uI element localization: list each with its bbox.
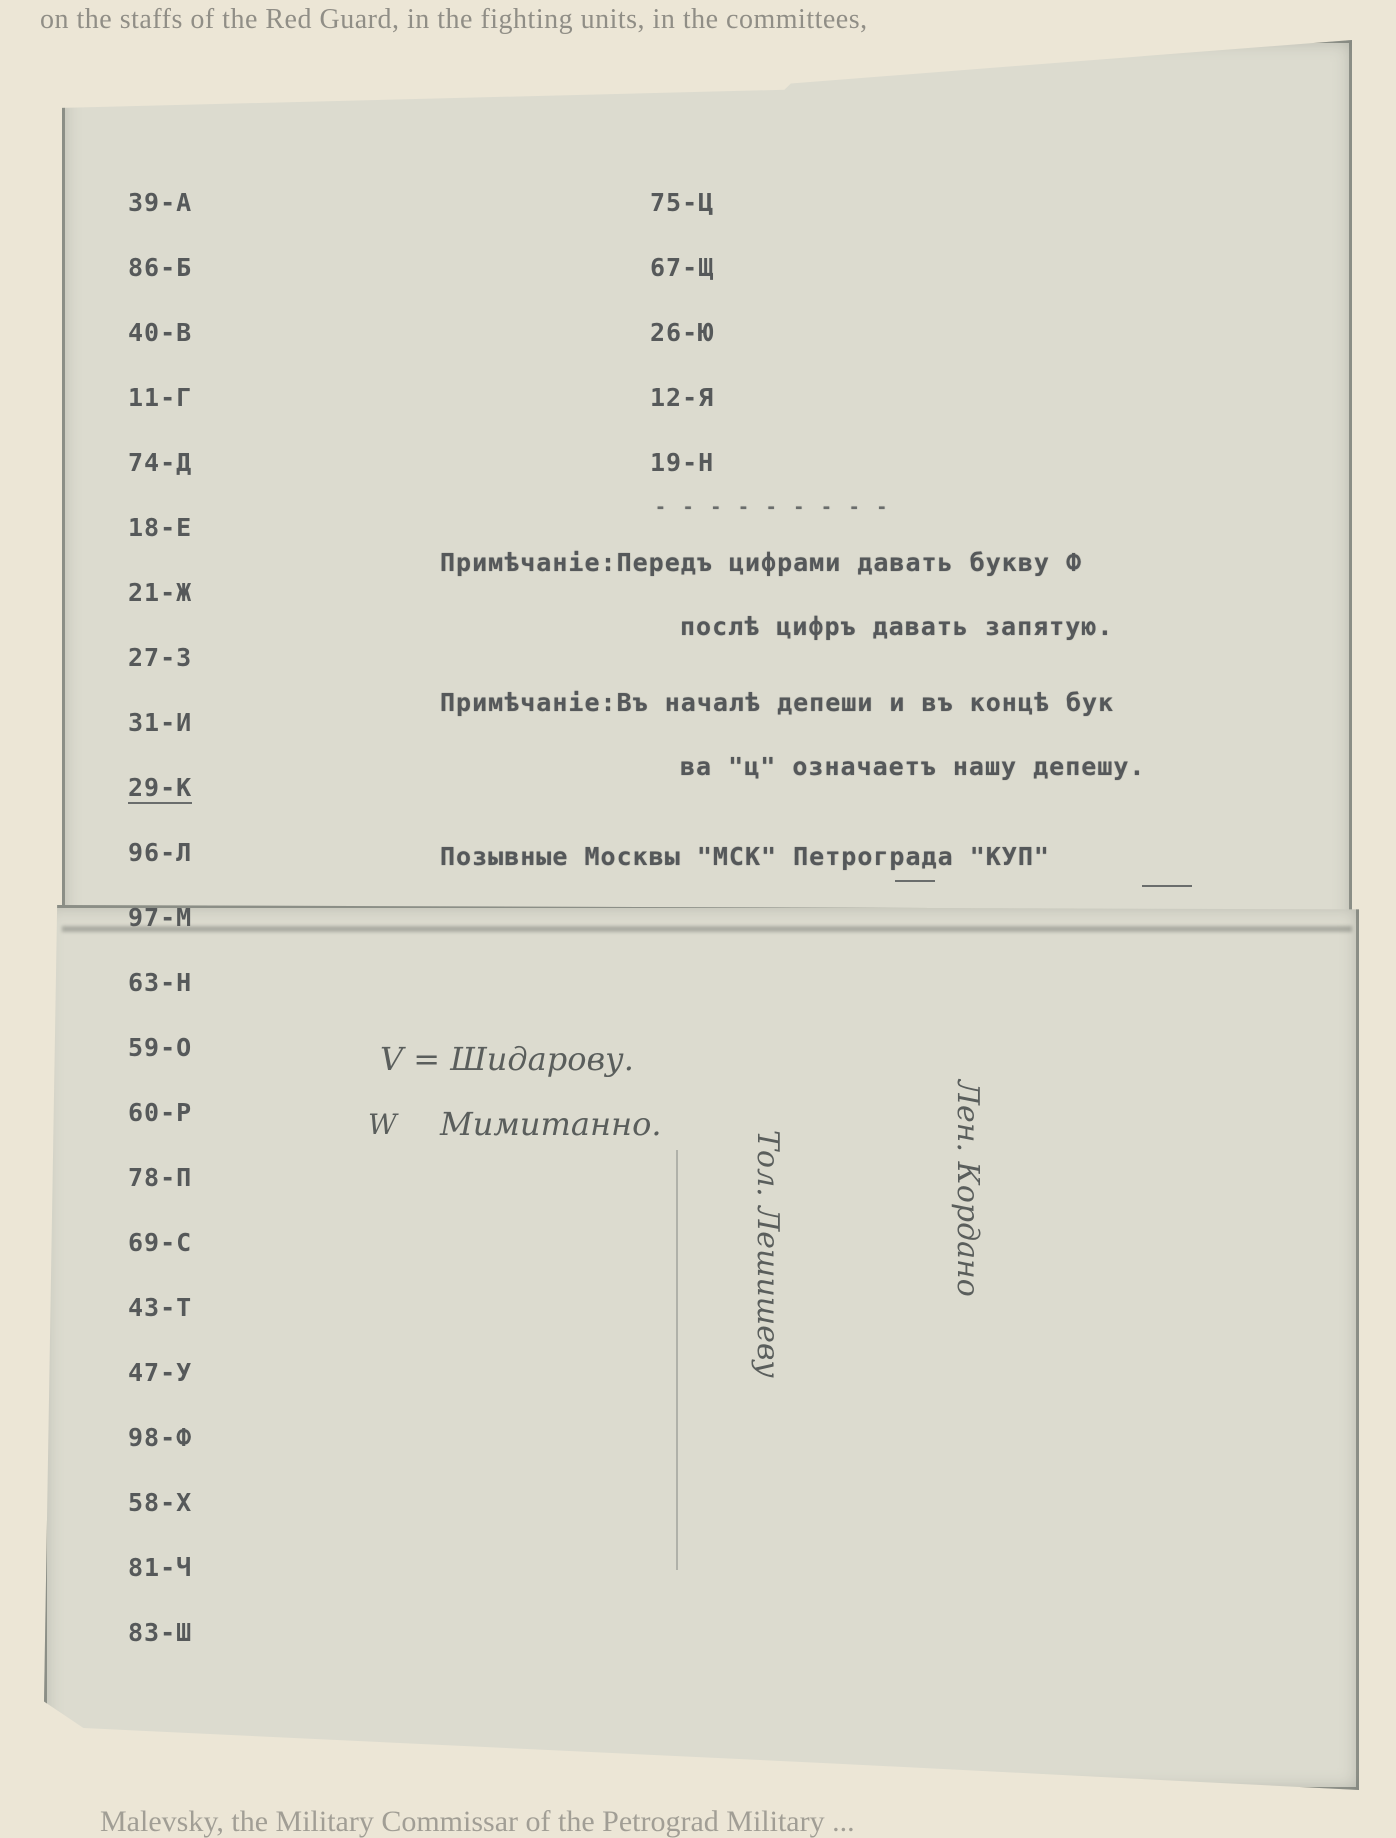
code-entry: 75-Ц — [650, 188, 714, 253]
code-entry: 63-Н — [128, 968, 192, 1033]
code-entry: 58-Х — [128, 1488, 192, 1553]
callsigns-line: Позывные Москвы "МСК" Петрограда "КУП" — [440, 842, 1050, 871]
code-entry: 97-М — [128, 903, 192, 968]
code-entry: 21-Ж — [128, 578, 192, 643]
code-entry: 60-Р — [128, 1098, 192, 1163]
code-entry: 69-С — [128, 1228, 192, 1293]
code-table-left: 39-А 86-Б 40-В 11-Г 74-Д 18-Е 21-Ж 27-З … — [128, 188, 192, 1683]
code-entry: 98-Ф — [128, 1423, 192, 1488]
code-entry: 78-П — [128, 1163, 192, 1228]
code-entry: 59-О — [128, 1033, 192, 1098]
code-entry: 11-Г — [128, 383, 192, 448]
handwritten-vertical-signature-2: Лен. Кордано — [950, 1080, 985, 1297]
code-entry: 18-Е — [128, 513, 192, 578]
dashed-separator: - - - - - - - - - — [655, 497, 890, 518]
code-entry: 26-Ю — [650, 318, 714, 383]
code-entry: 40-В — [128, 318, 192, 383]
handwritten-line-2: Мимитанно. — [440, 1105, 662, 1143]
handwritten-line-1: V = Шидарову. — [380, 1040, 634, 1078]
code-entry: 96-Л — [128, 838, 192, 903]
note-2-line-2: ва "ц" означаетъ нашу депешу. — [680, 752, 1146, 781]
code-entry: 12-Я — [650, 383, 714, 448]
code-entry: 31-И — [128, 708, 192, 773]
code-entry: 67-Щ — [650, 253, 714, 318]
code-entry: 27-З — [128, 643, 192, 708]
code-entry: 74-Д — [128, 448, 192, 513]
faint-vertical-line — [676, 1150, 678, 1570]
code-entry: 83-Ш — [128, 1618, 192, 1683]
callsign-underline-mark — [895, 880, 935, 882]
code-entry: 86-Б — [128, 253, 192, 318]
handwritten-vertical-signature-1: Тол. Лешишеву — [750, 1130, 785, 1378]
code-entry: 43-Т — [128, 1293, 192, 1358]
code-entry: 47-У — [128, 1358, 192, 1423]
code-entry: 39-А — [128, 188, 192, 253]
code-entry: 81-Ч — [128, 1553, 192, 1618]
fold-line — [62, 926, 1352, 932]
code-table-right: 75-Ц 67-Щ 26-Ю 12-Я 19-Н — [650, 188, 714, 513]
callsign-underline-kup — [1142, 885, 1192, 887]
telegram-sheet-bottom — [44, 905, 1359, 1790]
code-entry-underlined: 29-К — [128, 773, 192, 838]
note-2-line-1: Примѣчанiе:Въ началѣ депеши и въ концѣ б… — [440, 688, 1114, 717]
note-1-line-1: Примѣчанiе:Передъ цифрами давать букву Ф — [440, 548, 1082, 577]
note-1-line-2: послѣ цифръ давать запятую. — [680, 612, 1113, 641]
handwritten-mark: W — [368, 1108, 397, 1141]
book-page-bottom-line: Malevsky, the Military Commissar of the … — [100, 1805, 855, 1838]
